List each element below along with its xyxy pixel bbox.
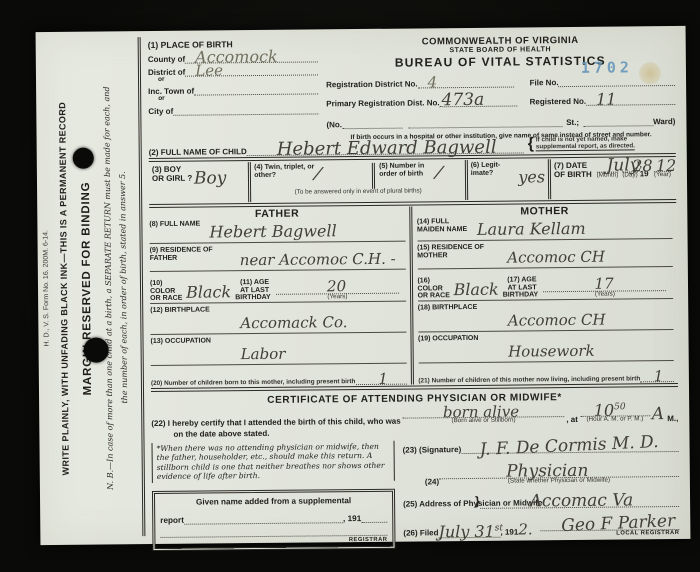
unnamed-note-line2: supplemental report, as directed. [536, 143, 635, 152]
district-label: District of [148, 67, 185, 77]
supplemental-report-label: report [160, 516, 184, 525]
legitimate-value: yes [518, 169, 545, 197]
certify-line: (22) I hereby certify that I attended th… [151, 404, 678, 428]
mother-age-line: 17 [543, 279, 666, 292]
legitimate-label: (6) Legit- imate? [471, 162, 519, 198]
signature-value: J. F. De Cormis M. D. [479, 434, 659, 459]
sex-value: Boy [194, 170, 227, 200]
filed-date-value: July 31st [438, 523, 503, 540]
father-birthplace-value: Accomack Co. [240, 315, 347, 331]
capacity-row: (24) Physician (State whether Physician … [403, 465, 679, 487]
place-of-birth-block: (1) PLACE OF BIRTH County of Accomock Di… [148, 37, 319, 131]
father-color-age-row: (10) COLOR OR RACE Black (11) AGE AT LAS… [150, 270, 406, 304]
local-registrar-stack: Geo F Parker LOCAL REGISTRAR [540, 518, 679, 537]
mother-residence-label: (15) RESIDENCE OF MOTHER [417, 244, 487, 260]
father-birthplace-label: (12) BIRTHPLACE [150, 306, 220, 314]
father-name-label: (8) FULL NAME [149, 221, 201, 229]
dob-year-line: 12 [654, 160, 671, 172]
children-living-cell: (21) Number of children of this mother n… [418, 361, 674, 384]
capacity-value: Physician [506, 463, 588, 481]
city-line [173, 102, 318, 115]
primary-registration-row: Primary Registration Dist. No. 473a Regi… [326, 93, 675, 108]
order-label: (5) Number in order of birth [379, 162, 437, 189]
mother-age-stack: 17 (Years) [537, 279, 674, 299]
certificate-left-column: *When there was no attending physician o… [151, 439, 395, 549]
dob-day-line: 28 [622, 160, 638, 172]
father-age-stack: 20 (Years) [269, 282, 406, 302]
district-line: Lee [185, 63, 318, 76]
address-row: (25) Address of Physician or Midwife } A… [403, 493, 679, 509]
form-body: (1) PLACE OF BIRTH County of Accomock Di… [138, 32, 682, 536]
address-line: Accomac Va [480, 495, 679, 509]
primary-registration-value: 473a [442, 92, 485, 109]
child-name-value: Hebert Edward Bagwell [277, 139, 497, 159]
form-number-vertical-text: H. D., V. S. Form No. 16. 200M. 6-14. [38, 32, 55, 545]
dob-year-value: 12 [656, 158, 677, 174]
father-residence-row: (9) RESIDENCE OF FATHER near Accomoc C.H… [150, 242, 406, 272]
registered-no-value: 11 [596, 92, 617, 108]
father-occupation-value: Labor [241, 347, 286, 362]
district-value: Lee [195, 63, 223, 78]
signature-row: (23) (Signature) J. F. De Cormis M. D. [403, 440, 679, 455]
street-no-line [342, 117, 402, 130]
children-living-line: 1 [640, 370, 674, 382]
punch-hole-bottom [83, 337, 108, 362]
father-occupation-row: (13) OCCUPATION Labor [150, 333, 406, 366]
certificate-columns: *When there was no attending physician o… [151, 436, 679, 549]
father-age-value: 20 [327, 279, 346, 294]
margin-binding-vertical-text: MARGIN RESERVED FOR BINDING [76, 32, 99, 545]
inc-town-line [194, 83, 318, 96]
file-no-label: File No. [530, 78, 559, 87]
filed-date-line: July 31st [438, 525, 500, 538]
primary-registration-line: 473a [440, 95, 518, 108]
father-residence-value: near Accomoc C.H. - [240, 252, 396, 268]
father-color-label: (10) COLOR OR RACE [150, 280, 184, 303]
street-no-label: (No. [326, 120, 342, 129]
signature-label: (23) (Signature) [403, 445, 462, 455]
physician-note: *When there was no attending physician o… [152, 441, 395, 483]
address-label: (25) Address of Physician or Midwife [403, 499, 475, 509]
twin-label: (4) Twin, triplet, or other? [254, 163, 316, 190]
mother-birthplace-value: Accomoc CH [508, 313, 606, 329]
registration-district-line: 4 [418, 76, 514, 89]
capacity-line: Physician [439, 465, 679, 479]
supplemental-year-label: , 191 [343, 514, 361, 523]
hour-value: 1050 [594, 402, 626, 418]
child-name-label: (2) FULL NAME OF CHILD [149, 147, 247, 157]
government-header-block: COMMONWEALTH OF VIRGINIA STATE BOARD OF … [318, 34, 676, 129]
county-field: County of Accomock [148, 50, 318, 64]
born-alive-value: born alive [443, 405, 519, 421]
dob-day-stack: 28 (Day) [622, 160, 638, 196]
mother-occupation-label: (19) OCCUPATION [418, 335, 488, 343]
mother-name-value: Laura Kellam [477, 221, 586, 238]
certify-prefix: (22) I hereby certify that I attended th… [151, 416, 400, 428]
hour-superscript: 50 [614, 402, 626, 412]
local-registrar-line: Geo F Parker [540, 518, 679, 531]
capacity-label: (24) [425, 477, 439, 486]
twin-cell: (4) Twin, triplet, or other? ⁄ [254, 163, 372, 190]
at-label: , at [566, 415, 578, 424]
supplemental-name-box: Given name added from a supplemental rep… [154, 491, 394, 549]
county-label: County of [148, 54, 185, 64]
capacity-stack: Physician (State whether Physician or Mi… [439, 465, 679, 486]
dob-month-line: July [596, 161, 618, 173]
dob-month-stack: July (Month) [596, 161, 618, 197]
registrar-caption: REGISTRAR [160, 537, 387, 545]
unnamed-child-note: { If child is not yet named, make supple… [528, 134, 676, 153]
supplemental-year-line [361, 511, 387, 523]
born-alive-stack: born alive (Born alive or Stillborn) [403, 405, 565, 425]
hour-stack: 1050 (Hour A. M. or P. M.) [580, 404, 650, 424]
filed-date-superscript: st [495, 523, 503, 533]
order-cell: (5) Number in order of birth ⁄ [372, 162, 462, 189]
mother-name-row: MOTHER (14) FULL MAIDEN NAME Laura Kella… [417, 204, 673, 241]
city-field: City of [148, 102, 318, 116]
write-plainly-vertical-text: WRITE PLAINLY, WITH UNFADING BLACK INK—T… [54, 32, 75, 545]
mother-birthplace-label: (18) BIRTHPLACE [418, 304, 488, 312]
supplemental-report-row: report , 191 [160, 511, 387, 525]
dob-label: (7) DATE OF BIRTH [554, 161, 595, 197]
filed-year-value: 2. [518, 522, 532, 537]
primary-registration-label: Primary Registration Dist. No. [326, 98, 439, 108]
file-no-line [558, 74, 675, 87]
sex-label: (3) BOY OR GIRL ? [152, 165, 194, 201]
registrar-signature-value: Geo F Parker [561, 513, 676, 535]
address-value: Accomac Va [530, 492, 634, 510]
mother-occupation-row: (19) OCCUPATION Housework [418, 330, 674, 363]
filed-label: (26) Filed [403, 529, 438, 539]
dob-day-value: 28 [632, 158, 653, 174]
city-label: City of [148, 107, 173, 116]
certificate-right-column: (23) (Signature) J. F. De Cormis M. D. (… [394, 436, 679, 547]
registration-district-label: Registration District No. [326, 79, 418, 89]
signature-line: J. F. De Cormis M. D. [461, 440, 678, 454]
mother-color-label: (16) COLOR OR RACE [417, 277, 451, 300]
mother-age-value: 17 [594, 277, 613, 292]
mother-occupation-value: Housework [508, 344, 595, 360]
father-birthplace-row: (12) BIRTHPLACE Accomack Co. [150, 302, 406, 335]
ward-label: Ward) [653, 117, 675, 126]
hour-line: 1050 [580, 404, 650, 417]
ampm-value: A [652, 406, 664, 423]
sex-dob-row: (3) BOY OR GIRL ? Boy (4) Twin, triplet,… [149, 158, 676, 203]
ward-line [583, 114, 653, 127]
mother-age-label: (17) AGE AT LAST BIRTHDAY [502, 276, 536, 299]
dob-year-stack: 12 (Year) [654, 160, 671, 196]
sex-cell: (3) BOY OR GIRL ? Boy [149, 162, 249, 203]
filed-row: (26) Filed July 31st , 191 2. Geo F Park… [403, 518, 679, 539]
born-alive-line: born alive [403, 405, 565, 419]
mother-birthplace-row: (18) BIRTHPLACE Accomoc CH [418, 299, 674, 332]
mother-color-age-row: (16) COLOR OR RACE Black (17) AGE AT LAS… [417, 267, 673, 301]
birth-certificate-document: H. D., V. S. Form No. 16. 200M. 6-14. WR… [36, 26, 691, 545]
registration-district-row: Registration District No. 4 File No. [326, 74, 675, 89]
screenshot-background: H. D., V. S. Form No. 16. 200M. 6-14. WR… [0, 0, 700, 572]
children-born-line: 1 [355, 373, 406, 385]
parents-section: FATHER (8) FULL NAME Hebert Bagwell (9) … [149, 204, 678, 387]
brace-glyph: { [528, 135, 534, 153]
inc-town-field: Inc. Town of [148, 83, 318, 97]
mother-column: MOTHER (14) FULL MAIDEN NAME Laura Kella… [409, 204, 678, 385]
mother-name-label: (14) FULL MAIDEN NAME [417, 218, 469, 234]
dob-cell: (7) DATE OF BIRTH July (Month) 28 (Day) … [548, 158, 676, 199]
registered-no-line: 11 [586, 93, 675, 106]
father-column: FATHER (8) FULL NAME Hebert Bagwell (9) … [149, 207, 410, 387]
father-age-label: (11) AGE AT LAST BIRTHDAY [235, 279, 269, 302]
mother-residence-row: (15) RESIDENCE OF MOTHER Accomoc CH [417, 239, 673, 269]
inc-town-label: Inc. Town of [148, 87, 194, 97]
nb-note-line2: the number of each, in order of birth, s… [115, 31, 133, 544]
m-label: M., [667, 414, 678, 423]
children-born-cell: (20) Number of children born to this mot… [151, 364, 407, 387]
legitimate-cell: (6) Legit- imate? yes [465, 159, 549, 200]
supplemental-report-line [184, 511, 343, 525]
registration-district-value: 4 [428, 75, 438, 90]
header-section: (1) PLACE OF BIRTH County of Accomock Di… [148, 34, 676, 131]
child-name-row: (2) FULL NAME OF CHILD Hebert Edward Bag… [149, 126, 676, 157]
children-living-value: 1 [654, 369, 664, 384]
plural-births-group: (4) Twin, triplet, or other? ⁄ (5) Numbe… [248, 160, 465, 202]
mother-color-value: Black [453, 282, 498, 298]
father-header: FATHER [149, 207, 405, 221]
street-st-label: St.; [566, 118, 579, 127]
father-color-value: Black [186, 284, 231, 300]
supplemental-line1: Given name added from a supplemental [160, 496, 387, 507]
father-name-value: Hebert Bagwell [209, 223, 336, 240]
child-name-line: Hebert Edward Bagwell [247, 141, 524, 156]
father-residence-label: (9) RESIDENCE OF FATHER [150, 246, 220, 262]
punch-hole-top [73, 148, 94, 169]
father-occupation-label: (13) OCCUPATION [150, 337, 220, 345]
father-age-line: 20 [276, 282, 399, 295]
registered-no-label: Registered No. [530, 97, 587, 107]
mother-header: MOTHER [417, 204, 673, 218]
district-field: District of Lee [148, 63, 318, 77]
mother-residence-value: Accomoc CH [507, 250, 605, 266]
father-name-row: FATHER (8) FULL NAME Hebert Bagwell [149, 207, 405, 244]
children-born-value: 1 [378, 372, 388, 387]
binding-margin: H. D., V. S. Form No. 16. 200M. 6-14. WR… [36, 31, 143, 545]
